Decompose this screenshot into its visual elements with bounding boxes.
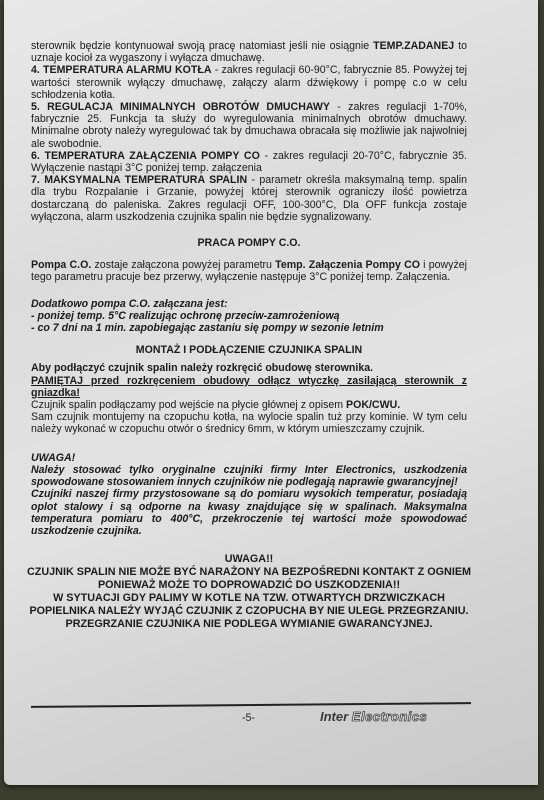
page-content: sterownik będzie kontynuował swoją pracę…	[31, 40, 467, 631]
caution-heading: UWAGA!	[31, 452, 467, 464]
pump-text-1: zostaje załączona powyżej parametru	[91, 259, 275, 271]
final-warning-line: W SYTUACJI GDY PALIMY W KOTLE NA TZW. OT…	[21, 592, 477, 618]
intro-paragraph: sterownik będzie kontynuował swoją pracę…	[31, 40, 467, 64]
final-warning-line: PRZEGRZANIE CZUJNIKA NIE PODLEGA WYMIANI…	[21, 618, 477, 631]
intro-text-1: sterownik będzie kontynuował swoją pracę…	[31, 40, 373, 52]
pump-extra-item: - poniżej temp. 5°C realizując ochronę p…	[31, 310, 467, 322]
intro-bold: TEMP.ZADANEJ	[373, 40, 454, 52]
brand-logo: Inter Electronics	[320, 709, 427, 724]
sensor-unplug-warning: PAMIĘTAJ przed rozkręceniem obudowy odłą…	[31, 375, 467, 399]
pump-extra-item: - co 7 dni na 1 min. zapobiegając zastan…	[31, 322, 467, 334]
page-number: -5-	[242, 712, 255, 724]
sensor-conn-text: Czujnik spalin podłączamy pod wejście na…	[31, 399, 346, 411]
manual-page: sterownik będzie kontynuował swoją pracę…	[4, 0, 538, 785]
param-title: 7. MAKSYMALNA TEMPERATURA SPALIN	[31, 174, 247, 186]
footer-divider	[31, 702, 471, 708]
final-warning-line: CZUJNIK SPALIN NIE MOŻE BYĆ NARAŻONY NA …	[21, 566, 477, 592]
pump-paragraph: Pompa C.O. zostaje załączona powyżej par…	[31, 259, 467, 283]
pump-bold-1: Pompa C.O.	[31, 259, 91, 271]
caution-italic-text: Czujniki naszej firmy przystosowane są d…	[31, 488, 467, 537]
sensor-conn-bold: POK/CWU.	[346, 399, 400, 411]
pump-bold-2: Temp. Załączenia Pompy CO	[275, 259, 420, 271]
final-warning-heading: UWAGA!!	[21, 553, 477, 566]
sensor-connection: Czujnik spalin podłączamy pod wejście na…	[31, 399, 467, 411]
param-6: 6. TEMPERATURA ZAŁĄCZENIA POMPY CO - zak…	[31, 150, 467, 174]
brand-inter: Inter	[320, 709, 348, 724]
param-4: 4. TEMPERATURA ALARMU KOTŁA - zakres reg…	[31, 64, 467, 101]
pump-heading: PRACA POMPY C.O.	[31, 237, 467, 249]
sensor-heading: MONTAŻ I PODŁĄCZENIE CZUJNIKA SPALIN	[31, 344, 467, 356]
sensor-line-1: Aby podłączyć czujnik spalin należy rozk…	[31, 362, 467, 374]
param-title: 6. TEMPERATURA ZAŁĄCZENIA POMPY CO	[31, 150, 260, 162]
param-title: 4. TEMPERATURA ALARMU KOTŁA	[31, 64, 212, 76]
brand-electronics: Electronics	[352, 709, 428, 724]
param-7: 7. MAKSYMALNA TEMPERATURA SPALIN - param…	[31, 174, 467, 223]
param-title: 5. REGULACJA MINIMALNYCH OBROTÓW DMUCHAW…	[31, 101, 330, 113]
caution-bold-text: Należy stosować tylko oryginalne czujnik…	[31, 464, 467, 488]
pump-extra-heading: Dodatkowo pompa C.O. załączana jest:	[31, 298, 467, 310]
sensor-mounting: Sam czujnik montujemy na czopuchu kotła,…	[31, 411, 467, 435]
param-5: 5. REGULACJA MINIMALNYCH OBROTÓW DMUCHAW…	[31, 101, 467, 150]
